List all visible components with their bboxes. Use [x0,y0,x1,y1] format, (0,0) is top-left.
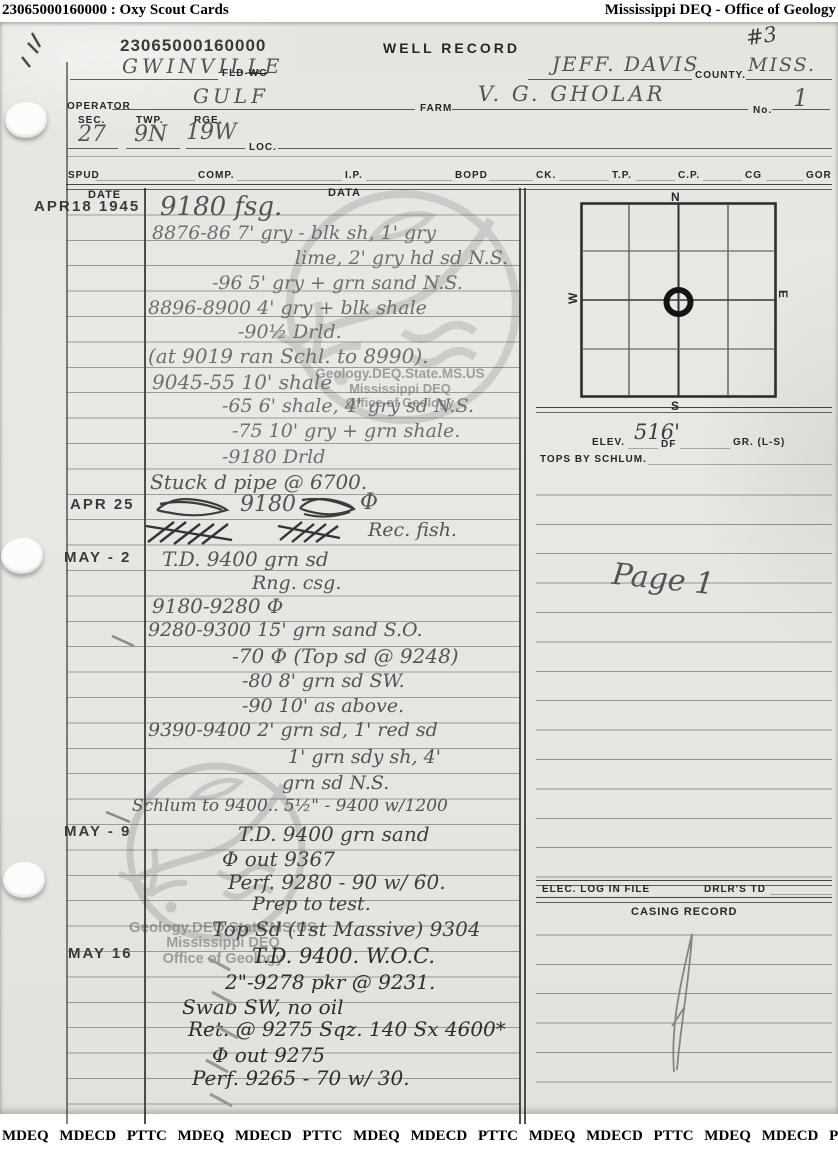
data-entry: 1' grn sdy sh, 4' [288,746,441,768]
data-entry: Rng. csg. [252,572,341,594]
hole-punch [1,538,43,574]
data-entry: -80 8' grn sd SW. [242,670,405,692]
map-west-label: W [566,292,580,304]
farm-value: V. G. GHOLAR [478,82,665,106]
data-entry: -70 Φ (Top sd @ 9248) [232,644,459,668]
data-entry: Schlum to 9400.. 5½" - 9400 w/1200 [132,796,448,816]
card-title: WELL RECORD [383,40,520,56]
stat-label: C.P. [678,170,700,181]
staple-mark [18,27,68,77]
stat-label: CG [745,170,762,181]
data-entry: 8876-86 7' gry - blk sh, 1' gry [152,222,436,244]
elec-log-label: ELEC. LOG IN FILE [542,884,650,895]
data-entry: 8896-8900 4' gry + blk shale [148,297,427,319]
data-entry: -90½ Drld. [238,321,342,343]
data-entry: Perf. 9280 - 90 w/ 60. [228,870,446,894]
date-stamp: APR [34,198,72,215]
date-stamp: 18 1945 [72,198,140,215]
state-value: MISS. [748,54,816,76]
print-header-right: Mississippi DEQ - Office of Geology [605,2,836,19]
data-entry: -75 10' gry + grn shale. [232,420,460,442]
county-label: COUNTY. [695,70,746,81]
data-entry: Φ out 9367 [222,847,335,871]
elev-label: ELEV. [592,437,625,448]
data-column-header: DATA [328,187,361,199]
sec-value: 27 [78,122,106,147]
field-label: FLD-WC [222,68,267,79]
operator-label: OPERATOR [67,101,131,112]
operator-value: GULF [193,84,269,108]
print-footer: MDEQ MDECD PTTC MDEQ MDECD PTTC MDEQ MDE… [2,1128,838,1145]
date-stamp: APR 25 [70,496,135,513]
data-entry: Top Sd (1st Massive) 9304 [212,917,481,941]
pencil-tick [102,808,134,828]
scanned-well-record-page: { "print_header": { "left": "23065000160… [0,0,838,1151]
well-no-value: 1 [793,84,808,112]
data-entry: Prep to test. [252,893,371,915]
data-entry: 9045-55 10' shale [152,370,332,394]
stat-label: BOPD [455,170,488,181]
date-stamp: MAY 16 [68,945,133,962]
twp-value: 9N [134,122,167,147]
pencil-tick-marks [190,950,260,1130]
loc-label: LOC. [249,142,277,153]
elev-df-label: DF [661,439,676,450]
map-east-label: E [776,290,790,299]
elev-gr-label: GR. (L-S) [733,437,785,448]
tops-by-schlum-label: TOPS BY SCHLUM. [540,454,647,465]
data-entry: 9390-9400 2' grn sd, 1' red sd [148,719,438,741]
hole-punch [3,862,45,898]
farm-label: FARM [420,103,452,114]
page-note-handwritten: #3 [744,22,778,50]
data-entry: -90 10' as above. [242,695,404,717]
county-value: JEFF. DAVIS [552,52,700,76]
section-map [580,202,777,398]
data-entry: grn sd N.S. [282,772,389,794]
data-entry: lime, 2' gry hd sd N.S. [295,247,508,269]
print-header-left: 23065000160000 : Oxy Scout Cards [2,2,229,19]
stat-label: COMP. [198,170,235,181]
data-entry: T.D. 9400. W.O.C. [252,944,435,968]
drlrs-td-label: DRLR'S TD [704,884,766,895]
date-stamp: MAY - 2 [64,549,131,566]
data-entry: -9180 Drld [222,446,325,468]
stat-label: T.P. [612,170,632,181]
data-entry: T.D. 9400 grn sand [238,822,430,846]
rge-value: 19W [186,120,237,145]
ruled-lines-right-upper [536,466,832,880]
pencil-tick [108,632,138,652]
data-entry: 9280-9300 15' grn sand S.O. [148,619,423,641]
well-record-card: Geology.DEQ.State.MS.US Mississippi DEQ … [0,22,838,1114]
data-entry: -65 6' shale, 4' gry sd N.S. [222,395,474,417]
scribble-crossout [140,516,370,554]
well-no-label: No. [753,105,772,116]
pencil-stroke [650,930,720,1080]
stat-label: I.P. [345,170,363,181]
data-entry: (at 9019 ran Schl. to 8990). [148,344,429,368]
data-entry: 9180-9280 Φ [152,594,283,618]
data-entry: 9180 fsg. [160,192,282,222]
casing-record-label: CASING RECORD [631,906,738,918]
hole-punch [5,102,47,138]
card-serial-number: 23065000160000 [120,36,266,56]
stat-label: GOR [806,170,832,181]
data-entry: -96 5' gry + grn sand N.S. [212,272,463,294]
stat-label: CK. [536,170,556,181]
